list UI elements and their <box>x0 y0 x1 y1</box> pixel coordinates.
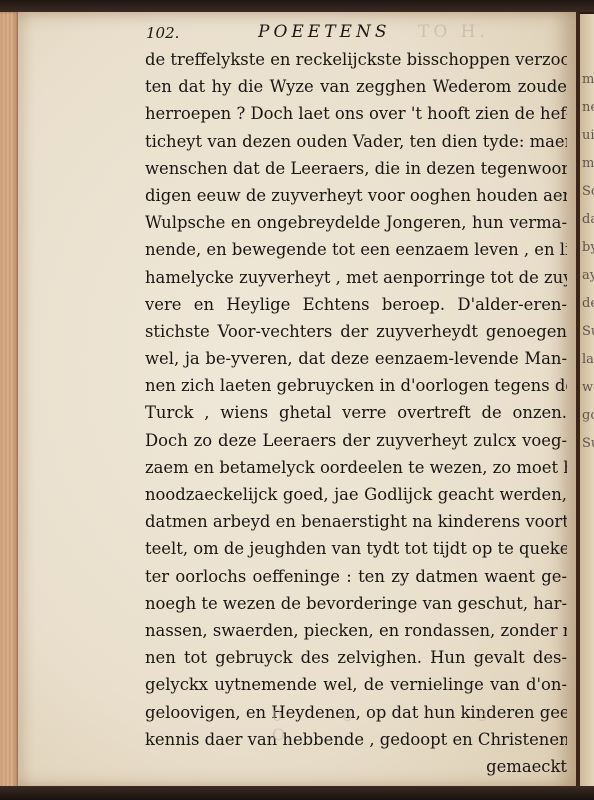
text-line: teelt, om de jeughden van tydt tot tijdt… <box>145 535 567 562</box>
text-line: vere en Heylige Echtens beroep. D'alder-… <box>145 291 567 318</box>
facing-text-line: de. <box>582 290 594 318</box>
bleed-through-title: TO H. <box>418 22 489 42</box>
page-number: 102. <box>146 24 179 42</box>
text-line: datmen arbeyd en benaerstight na kindere… <box>145 508 567 535</box>
facing-text-line: lann <box>582 346 594 374</box>
text-line: stichste Voor-vechters der zuyverheydt g… <box>145 318 567 345</box>
facing-page-text: ma nete uinde mde Sold dag bys ay, de. S… <box>580 66 594 458</box>
text-line: hamelycke zuyverheyt , met aenporringe t… <box>145 264 567 291</box>
facing-text-line: uinde <box>582 122 594 150</box>
text-line: noegh te wezen de bevorderinge van gesch… <box>145 590 567 617</box>
facing-page-edge: ma nete uinde mde Sold dag bys ay, de. S… <box>580 14 594 786</box>
text-line: nende, en bewegende tot een eenzaem leve… <box>145 236 567 263</box>
text-line: Wulpsche en ongebreydelde Jongeren, hun … <box>145 209 567 236</box>
facing-text-line: nete <box>582 94 594 122</box>
text-line: nen tot gebruyck des zelvighen. Hun geva… <box>145 644 567 671</box>
text-line: Turck , wiens ghetal verre overtreft de … <box>145 399 567 426</box>
book-bottom-edge <box>0 786 594 800</box>
body-text: de treffelykste en reckelijckste bisscho… <box>145 46 567 780</box>
text-line: nen zich laeten gebruycken in d'oorlogen… <box>145 372 567 399</box>
text-line: noodzaeckelijck goed, jae Godlijck geach… <box>145 481 567 508</box>
text-line: Doch zo deze Leeraers der zuyverheyt zul… <box>145 427 567 454</box>
text-line: nassen, swaerden, piecken, en rondassen,… <box>145 617 567 644</box>
text-line: herroepen ? Doch laet ons over 't hooft … <box>145 100 567 127</box>
page-header: TO H. 102. POEETENS <box>128 22 568 44</box>
text-line: gelyckx uytnemende wel, de vernielinge v… <box>145 671 567 698</box>
facing-text-line: ay, <box>582 262 594 290</box>
facing-text-line: bys <box>582 234 594 262</box>
text-line: digen eeuw de zuyverheyt voor ooghen hou… <box>145 182 567 209</box>
text-line: de treffelykste en reckelijckste bisscho… <box>145 46 567 73</box>
facing-text-line: gord <box>582 402 594 430</box>
text-line: ter oorlochs oeffeninge : ten zy datmen … <box>145 563 567 590</box>
facing-text-line: dag <box>582 206 594 234</box>
facing-text-line: Sun <box>582 318 594 346</box>
text-line: zaem en betamelyck oordeelen te wezen, z… <box>145 454 567 481</box>
text-line: wenschen dat de Leeraers, die in dezen t… <box>145 155 567 182</box>
text-line: ten dat hy die Wyze van zegghen Wederom … <box>145 73 567 100</box>
text-line: ticheyt van dezen ouden Vader, ten dien … <box>145 128 567 155</box>
facing-text-line: Sold <box>582 178 594 206</box>
facing-text-line: wey <box>582 374 594 402</box>
facing-text-line: ma <box>582 66 594 94</box>
page-stack-edge <box>0 12 18 788</box>
running-title: POEETENS <box>258 22 390 42</box>
text-line: wel, ja be-yveren, dat deze eenzaem-leve… <box>145 345 567 372</box>
facing-text-line: mde <box>582 150 594 178</box>
book-top-edge <box>0 0 594 12</box>
facing-text-line: Su <box>582 430 594 458</box>
catchword: gemaeckt <box>145 753 567 780</box>
bleed-through-bottom: 06 3 O <box>272 706 594 744</box>
